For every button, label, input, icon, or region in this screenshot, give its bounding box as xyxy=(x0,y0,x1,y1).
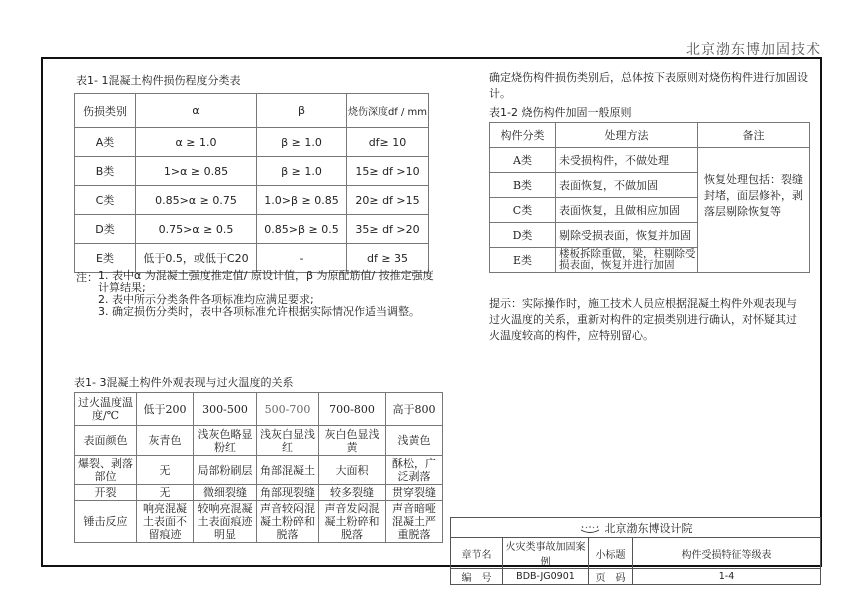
table-cell: 较多裂缝 xyxy=(319,485,386,501)
table-cell: 楼板拆除重做，梁，柱剔除受损表面，恢复并进行加固 xyxy=(556,248,698,273)
institute-name: 北京渤东博设计院 xyxy=(605,522,693,535)
title-block-row: 编 号 BDB-JG0901 页 码 1-4 xyxy=(451,569,821,585)
table-cell: A类 xyxy=(75,128,136,157)
number-value: BDB-JG0901 xyxy=(503,569,589,585)
note-item: 3. 确定损伤分类时，表中各项标准允许根据实际情况作适当调整。 xyxy=(98,306,436,318)
table-cell: 浅黄色 xyxy=(386,426,443,456)
table-cell: 灰青色 xyxy=(137,426,194,456)
table-cell: 1>α ≥ 0.85 xyxy=(136,157,257,186)
notes-block: 注： 1. 表中α 为混凝土强度推定值/ 原设计值，β 为原配筋值/ 按推定强度… xyxy=(76,270,436,318)
table-cell: β ≥ 1.0 xyxy=(257,157,347,186)
table-cell: D类 xyxy=(75,215,136,244)
intro-paragraph: 确定烧伤构件损伤类别后，总体按下表原则对烧伤构件进行加固设计。 xyxy=(489,70,814,102)
table-cell: 表面颜色 xyxy=(75,426,137,456)
header-cell: α xyxy=(136,94,257,128)
table-cell: 0.85>β ≥ 0.5 xyxy=(257,215,347,244)
table-row: D类 0.75>α ≥ 0.5 0.85>β ≥ 0.5 35≥ df >20 xyxy=(75,215,429,244)
number-label: 编 号 xyxy=(451,569,503,585)
institute-row: 北京渤东博设计院 xyxy=(451,518,821,538)
table-cell: C类 xyxy=(75,186,136,215)
table-cell: 剔除受损表面，恢复并加固 xyxy=(556,223,698,248)
table-cell: 大面积 xyxy=(319,456,386,485)
table-cell: 15≥ df >10 xyxy=(347,157,429,186)
table-cell: E类 xyxy=(490,248,556,273)
table-row: A类 α ≥ 1.0 β ≥ 1.0 df≥ 10 xyxy=(75,128,429,157)
table-cell: 灰白色显浅黄 xyxy=(319,426,386,456)
header-cell: 伤损类别 xyxy=(75,94,136,128)
table-cell: df≥ 10 xyxy=(347,128,429,157)
header-cell: 500-700 xyxy=(257,393,319,426)
table-cell: 20≥ df >15 xyxy=(347,186,429,215)
notes-label: 注： xyxy=(76,270,98,318)
table-cell: 浅灰色略显粉红 xyxy=(194,426,257,456)
table-row: 爆裂、剥落部位 无 局部粉刷层 角部混凝土 大面积 酥松，广泛剥落 xyxy=(75,456,443,485)
table-1-2-caption: 表1-2 烧伤构件加固一般原则 xyxy=(489,104,631,120)
header-cell: 高于800 xyxy=(386,393,443,426)
chapter-label: 章节名 xyxy=(451,538,503,569)
table-cell: 开裂 xyxy=(75,485,137,501)
remark-cell: 恢复处理包括：裂缝封堵，面层修补，剥落层剔除恢复等 xyxy=(698,148,810,273)
table-cell: 声音发闷混凝土粉碎和脱落 xyxy=(319,501,386,543)
table-cell: 局部粉刷层 xyxy=(194,456,257,485)
brand-header: 北京渤东博加固技术 xyxy=(686,39,821,59)
table-cell: 未受损构件，不做处理 xyxy=(556,148,698,173)
title-block: 北京渤东博设计院 章节名 火灾类事故加固案例 小标题 构件受损特征等级表 编 号… xyxy=(450,517,821,585)
table-cell: α ≥ 1.0 xyxy=(136,128,257,157)
table-cell: 较响亮混凝土表面痕迹明显 xyxy=(194,501,257,543)
header-cell: 过火温度温度/℃ xyxy=(75,393,137,426)
table-row: C类 0.85>α ≥ 0.75 1.0>β ≥ 0.85 20≥ df >15 xyxy=(75,186,429,215)
table-cell: 浅灰白显浅红 xyxy=(257,426,319,456)
table-1-1-caption: 表1- 1混凝土构件损伤程度分类表 xyxy=(76,72,240,88)
table-cell: 表面恢复，不做加固 xyxy=(556,173,698,198)
institute-cell: 北京渤东博设计院 xyxy=(451,518,821,538)
table-cell: B类 xyxy=(75,157,136,186)
subtitle-label: 小标题 xyxy=(589,538,633,569)
header-cell: 300-500 xyxy=(194,393,257,426)
header-cell: β xyxy=(257,94,347,128)
table-header-row: 构件分类 处理方法 备注 xyxy=(490,123,810,148)
table-cell: 无 xyxy=(137,485,194,501)
reinforcement-principles-table: 构件分类 处理方法 备注 A类 未受损构件，不做处理 恢复处理包括：裂缝封堵，面… xyxy=(489,122,810,273)
institute-logo-icon xyxy=(579,524,601,534)
subtitle-value: 构件受损特征等级表 xyxy=(633,538,821,569)
table-cell: 微细裂缝 xyxy=(194,485,257,501)
header-cell: 低于200 xyxy=(137,393,194,426)
chapter-value: 火灾类事故加固案例 xyxy=(503,538,589,569)
table-cell: 表面恢复，且做相应加固 xyxy=(556,198,698,223)
note-item: 1. 表中α 为混凝土强度推定值/ 原设计值，β 为原配筋值/ 按推定强度计算结… xyxy=(98,270,436,294)
tip-paragraph: 提示：实际操作时，施工技术人员应根据混凝土构件外观表现与过火温度的关系，重新对构… xyxy=(489,296,807,344)
table-cell: 0.75>α ≥ 0.5 xyxy=(136,215,257,244)
table-cell: 0.85>α ≥ 0.75 xyxy=(136,186,257,215)
table-cell: 角部混凝土 xyxy=(257,456,319,485)
table-cell: B类 xyxy=(490,173,556,198)
table-cell: 声音较闷混凝土粉碎和脱落 xyxy=(257,501,319,543)
table-row: 表面颜色 灰青色 浅灰色略显粉红 浅灰白显浅红 灰白色显浅黄 浅黄色 xyxy=(75,426,443,456)
table-cell: 1.0>β ≥ 0.85 xyxy=(257,186,347,215)
table-row: 开裂 无 微细裂缝 角部现裂缝 较多裂缝 贯穿裂缝 xyxy=(75,485,443,501)
table-row: 锤击反应 响亮混凝土表面不留痕迹 较响亮混凝土表面痕迹明显 声音较闷混凝土粉碎和… xyxy=(75,501,443,543)
table-row: A类 未受损构件，不做处理 恢复处理包括：裂缝封堵，面层修补，剥落层剔除恢复等 xyxy=(490,148,810,173)
table-cell: 无 xyxy=(137,456,194,485)
header-cell: 处理方法 xyxy=(556,123,698,148)
header-cell: 烧伤深度df / mm xyxy=(347,94,429,128)
table-cell: D类 xyxy=(490,223,556,248)
table-cell: 锤击反应 xyxy=(75,501,137,543)
table-cell: 爆裂、剥落部位 xyxy=(75,456,137,485)
table-cell: A类 xyxy=(490,148,556,173)
header-cell: 700-800 xyxy=(319,393,386,426)
table-cell: β ≥ 1.0 xyxy=(257,128,347,157)
table-cell: 35≥ df >20 xyxy=(347,215,429,244)
title-block-row: 章节名 火灾类事故加固案例 小标题 构件受损特征等级表 xyxy=(451,538,821,569)
page-value: 1-4 xyxy=(633,569,821,585)
table-cell: 酥松，广泛剥落 xyxy=(386,456,443,485)
damage-classification-table: 伤损类别 α β 烧伤深度df / mm A类 α ≥ 1.0 β ≥ 1.0 … xyxy=(74,93,429,273)
table-1-3-caption: 表1- 3混凝土构件外观表现与过火温度的关系 xyxy=(74,374,293,390)
table-cell: C类 xyxy=(490,198,556,223)
table-header-row: 伤损类别 α β 烧伤深度df / mm xyxy=(75,94,429,128)
table-header-row: 过火温度温度/℃ 低于200 300-500 500-700 700-800 高… xyxy=(75,393,443,426)
table-row: B类 1>α ≥ 0.85 β ≥ 1.0 15≥ df >10 xyxy=(75,157,429,186)
header-cell: 构件分类 xyxy=(490,123,556,148)
header-cell: 备注 xyxy=(698,123,810,148)
table-cell: 角部现裂缝 xyxy=(257,485,319,501)
page-label: 页 码 xyxy=(589,569,633,585)
table-cell: 声音暗哑混凝土严重脱落 xyxy=(386,501,443,543)
table-cell: 响亮混凝土表面不留痕迹 xyxy=(137,501,194,543)
fire-temperature-appearance-table: 过火温度温度/℃ 低于200 300-500 500-700 700-800 高… xyxy=(74,392,443,543)
table-cell: 贯穿裂缝 xyxy=(386,485,443,501)
